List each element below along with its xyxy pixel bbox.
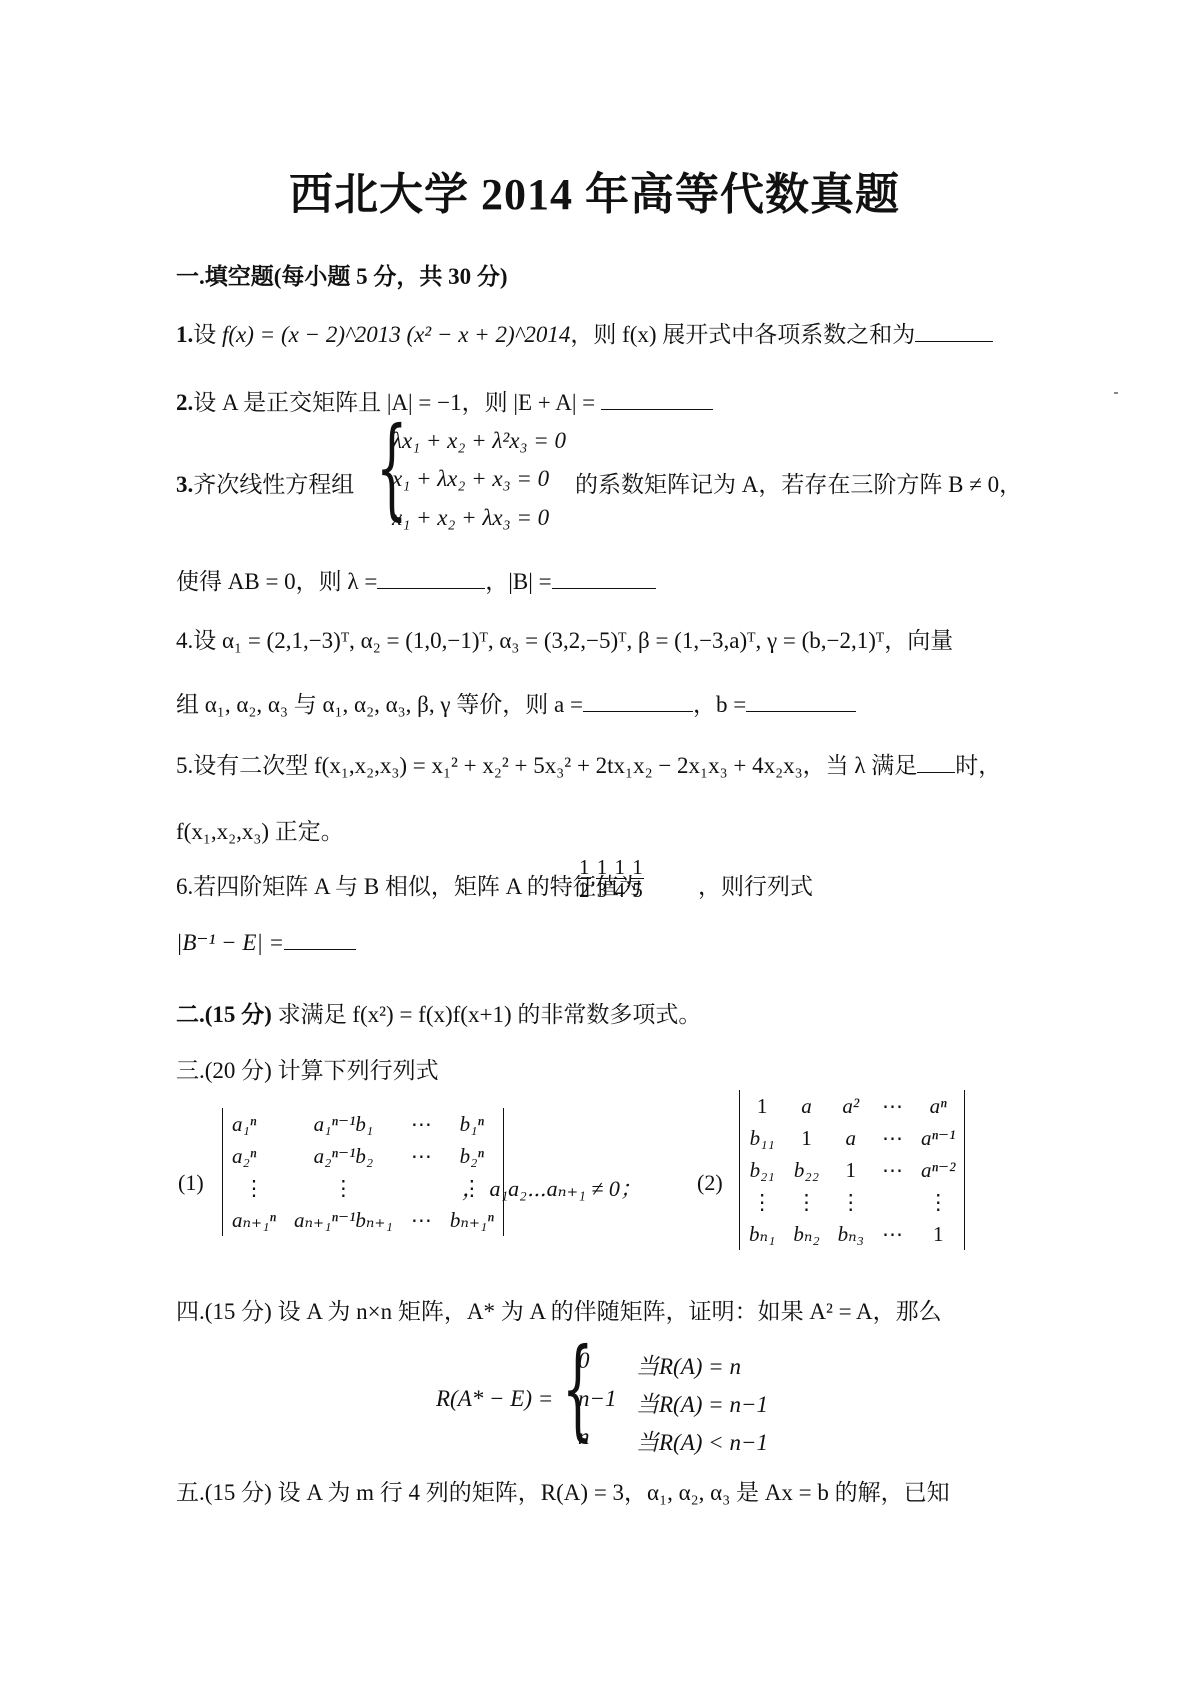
q5-answer-blank bbox=[917, 754, 955, 773]
eigenvalue-fractions: 12,13,14,15 bbox=[578, 856, 644, 901]
fraction: 14 bbox=[614, 856, 627, 901]
det1-label: (1) bbox=[178, 1170, 204, 1196]
case-condition: 当R(A) = n−1 bbox=[636, 1386, 768, 1419]
section3: 三.(20 分) 计算下列行列式 bbox=[176, 1052, 439, 1085]
fraction: 13 bbox=[596, 856, 609, 901]
q1-number: 1. bbox=[176, 322, 193, 347]
section4-heading: 四.(15 分) bbox=[176, 1299, 272, 1324]
section5-heading: 五.(15 分) bbox=[176, 1480, 272, 1505]
question-3-cont: 使得 AB = 0，则 λ =，|B| = bbox=[176, 563, 656, 596]
section2: 二.(15 分) 求满足 f(x²) = f(x)f(x+1) 的非常数多项式。 bbox=[176, 996, 701, 1029]
section1-heading: 一.填空题(每小题 5 分，共 30 分) bbox=[176, 258, 508, 291]
case-condition: 当R(A) = n bbox=[636, 1348, 741, 1381]
question-5-cont: f(x₁,x₂,x₃) 正定。 bbox=[176, 813, 344, 846]
q1-formula: f(x) = (x − 2)^2013 (x² − x + 2)^2014 bbox=[222, 322, 570, 347]
section4: 四.(15 分) 设 A 为 n×n 矩阵，A* 为 A 的伴随矩阵，证明：如果… bbox=[176, 1293, 942, 1326]
question-3-label: 3.齐次线性方程组 bbox=[176, 466, 354, 499]
q2-answer-blank bbox=[601, 391, 713, 410]
rank-lhs: R(A* − E) = bbox=[436, 1386, 553, 1412]
q1-answer-blank bbox=[915, 323, 993, 342]
case-value: n bbox=[578, 1424, 590, 1450]
section2-heading: 二.(15 分) bbox=[176, 1002, 272, 1027]
case-condition: 当R(A) < n−1 bbox=[636, 1424, 768, 1457]
case-value: 0 bbox=[578, 1348, 590, 1374]
equation-row: λx₁ + x₂ + λ²x₃ = 0 bbox=[392, 428, 566, 454]
equation-row: x₁ + x₂ + λx₃ = 0 bbox=[392, 505, 549, 531]
q3-det-blank bbox=[552, 570, 656, 589]
determinant-2: 1aa²⋯aⁿ b₁₁1a⋯aⁿ⁻¹ b₂₁b₂₂1⋯aⁿ⁻² ⋮⋮⋮⋮ bₙ₁… bbox=[739, 1090, 965, 1250]
q6-answer-blank bbox=[284, 931, 356, 950]
page-title: 西北大学 2014 年高等代数真题 bbox=[0, 158, 1189, 222]
det1-condition: ， a₁a₂⋯aₙ₊₁ ≠ 0； bbox=[462, 1172, 642, 1203]
fraction: 15 bbox=[631, 856, 644, 901]
section3-heading: 三.(20 分) bbox=[176, 1058, 272, 1083]
question-2: 2.设 A 是正交矩阵且 |A| = −1，则 |E + A| = bbox=[176, 384, 713, 417]
question-6: 6.若四阶矩阵 A 与 B 相似，矩阵 A 的特征值为 bbox=[176, 868, 642, 901]
equation-row: x₁ + λx₂ + x₃ = 0 bbox=[392, 466, 549, 492]
q4-a-blank bbox=[583, 693, 693, 712]
q4-b-blank bbox=[746, 693, 856, 712]
question-6-cont: |B⁻¹ − E| = bbox=[176, 930, 356, 956]
question-4: 4.设 α₁ = (2,1,−3)ᵀ, α₂ = (1,0,−1)ᵀ, α₃ =… bbox=[176, 622, 953, 655]
question-1: 1.设 f(x) = (x − 2)^2013 (x² − x + 2)^201… bbox=[176, 316, 993, 349]
question-5: 5.设有二次型 f(x₁,x₂,x₃) = x₁² + x₂² + 5x₃² +… bbox=[176, 747, 1001, 780]
q3-lambda-blank bbox=[377, 570, 485, 589]
fraction: 12 bbox=[578, 856, 591, 901]
section5: 五.(15 分) 设 A 为 m 行 4 列的矩阵，R(A) = 3，α₁, α… bbox=[176, 1474, 950, 1507]
question-4-cont: 组 α₁, α₂, α₃ 与 α₁, α₂, α₃, β, γ 等价，则 a =… bbox=[176, 686, 856, 719]
det2-label: (2) bbox=[697, 1170, 723, 1196]
scan-speck bbox=[1114, 392, 1118, 394]
case-value: n−1 bbox=[578, 1386, 617, 1412]
